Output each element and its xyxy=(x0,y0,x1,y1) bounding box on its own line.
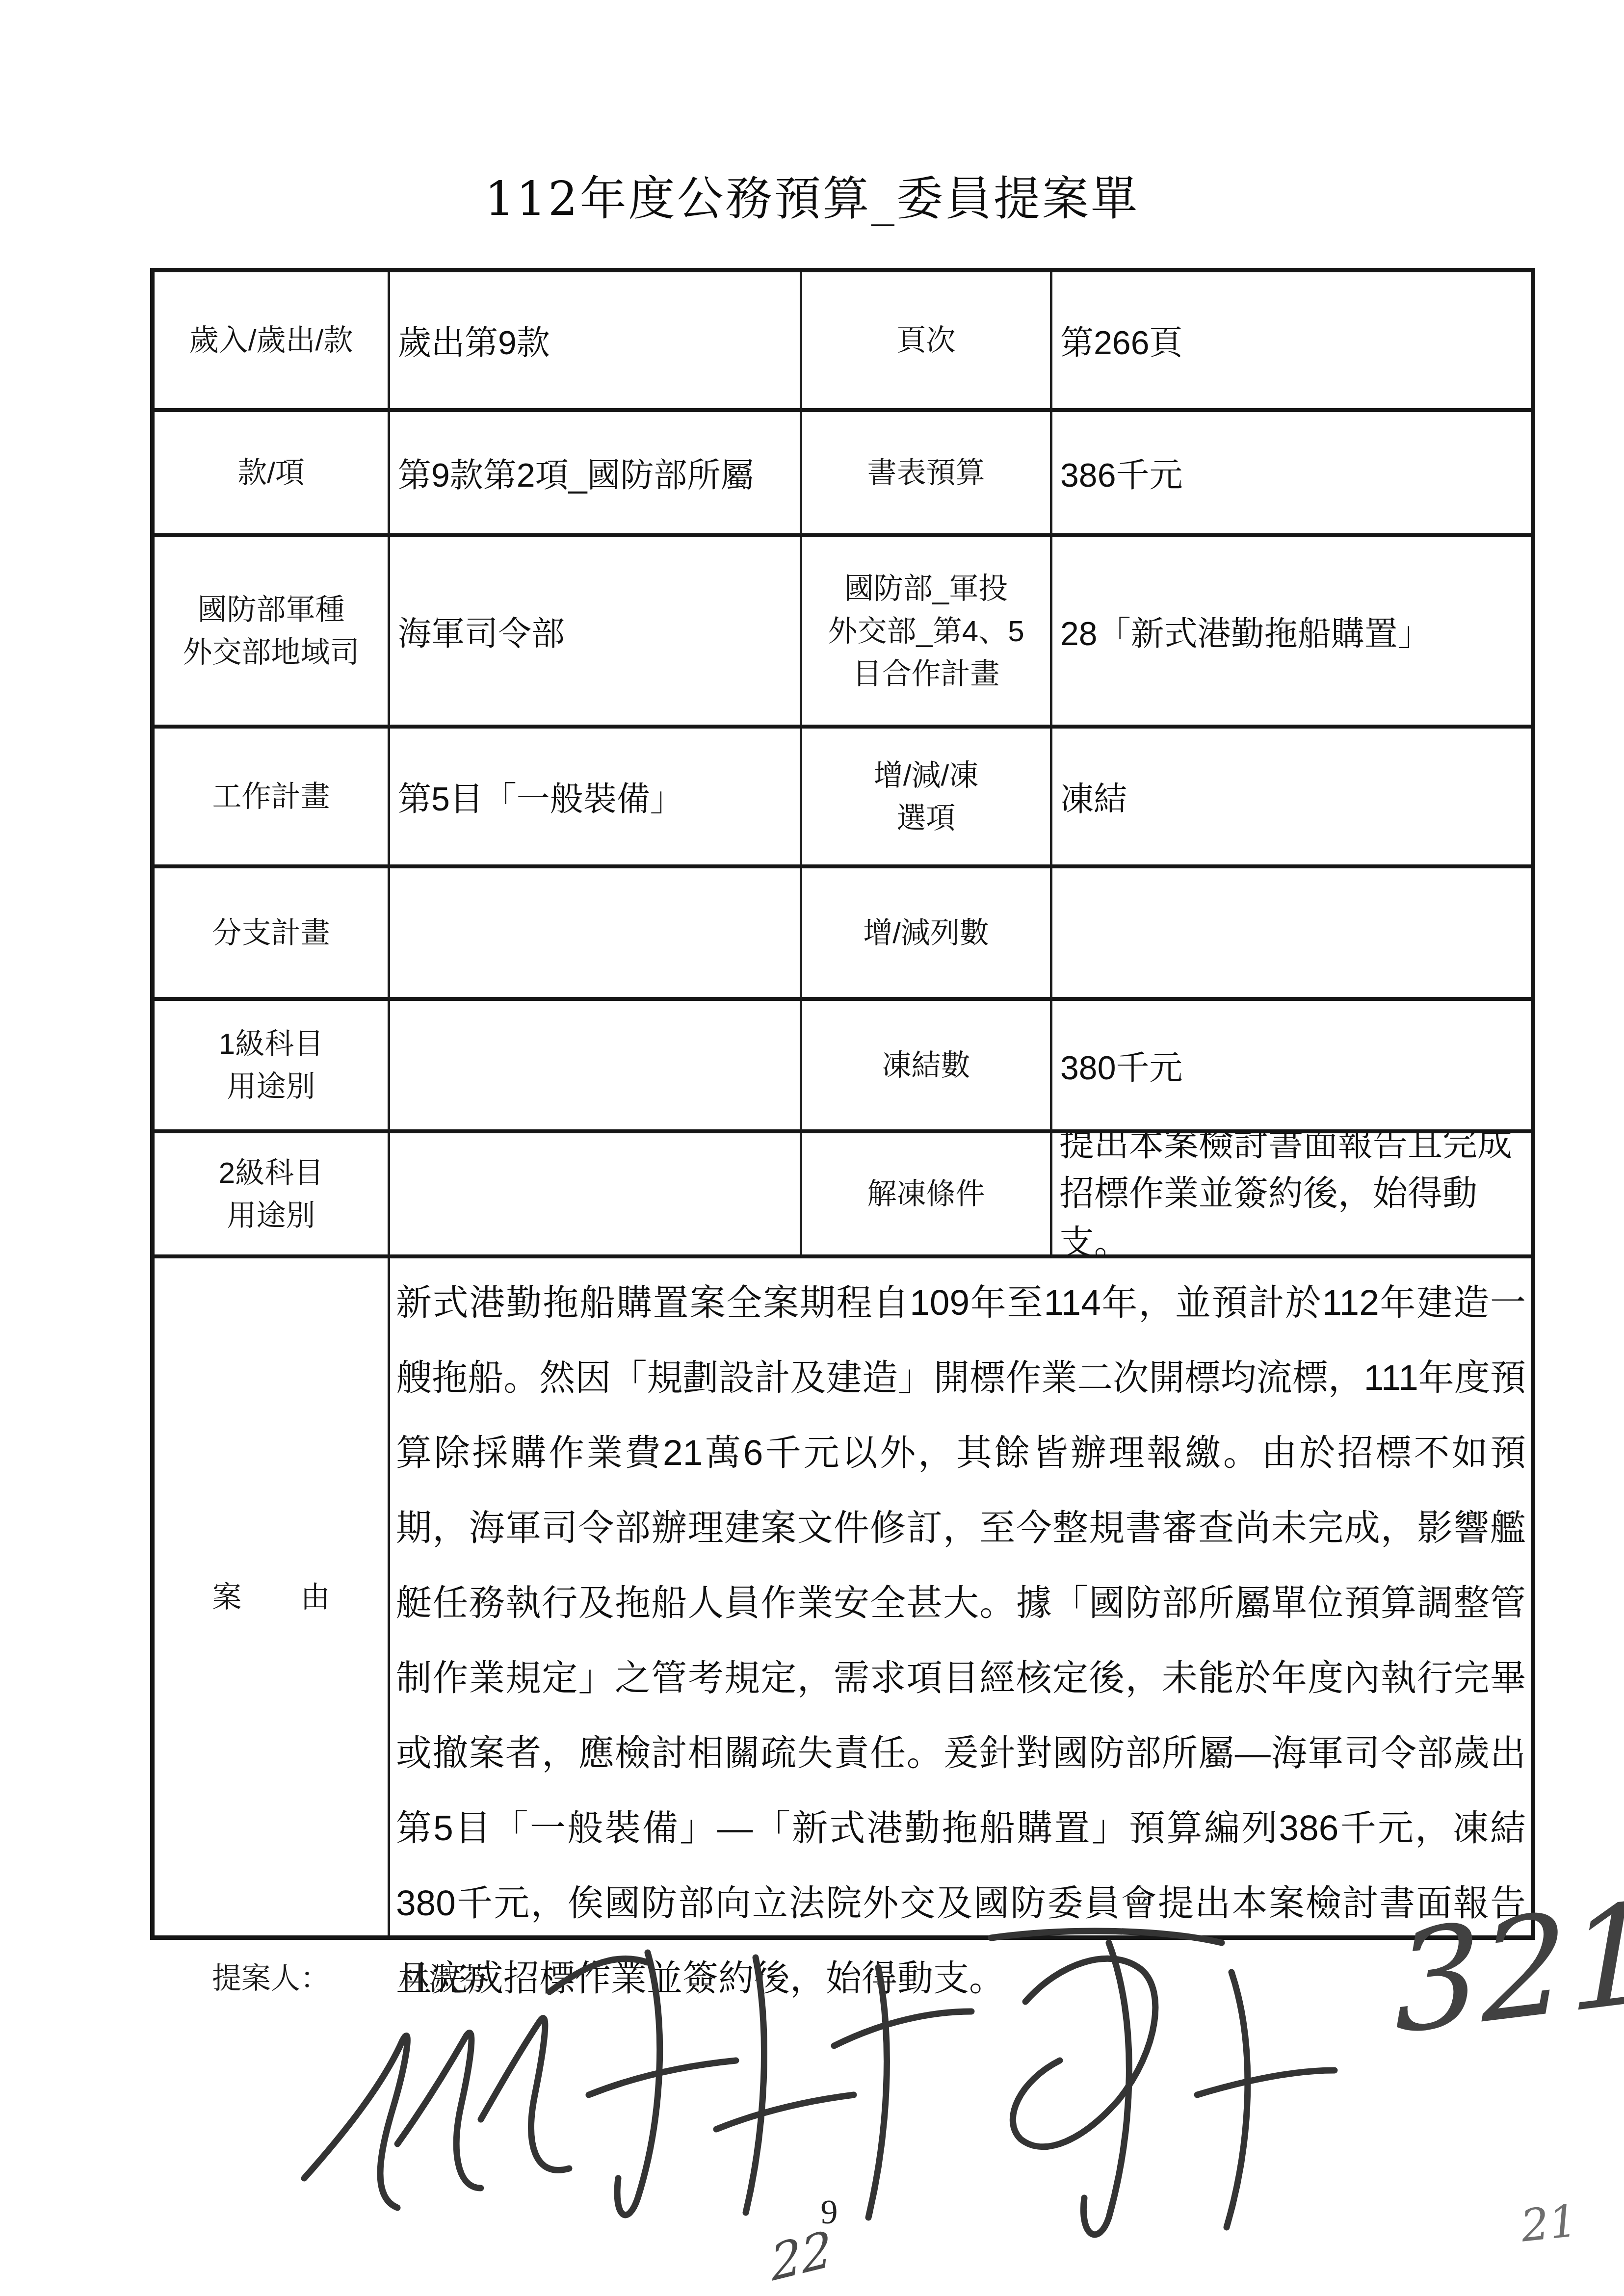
value-branch-plan xyxy=(390,868,802,1001)
label-frozen-amount: 凍結數 xyxy=(802,1001,1052,1133)
label-unfreeze-condition: 解凍條件 xyxy=(802,1133,1052,1258)
label-item: 款/項 xyxy=(155,412,390,537)
value-row-count xyxy=(1052,868,1531,1001)
label-page-ref: 頁次 xyxy=(802,272,1052,412)
label-work-plan: 工作計畫 xyxy=(155,729,390,868)
document-page: 112年度公務預算_委員提案單 歲入/歲出/款 歲出第9款 頁次 第266頁 款… xyxy=(0,0,1624,2296)
value-frozen-amount: 380千元 xyxy=(1052,1001,1531,1133)
value-budget-section: 歲出第9款 xyxy=(390,272,802,412)
label-level1-subject: 1級科目 用途別 xyxy=(155,1001,390,1133)
label-level2-subject: 2級科目 用途別 xyxy=(155,1133,390,1258)
proposal-table: 歲入/歲出/款 歲出第9款 頁次 第266頁 款/項 第9款第2項_國防部所屬 … xyxy=(150,268,1535,1940)
page-title: 112年度公務預算_委員提案單 xyxy=(0,162,1624,229)
signature-scribble xyxy=(275,1923,1492,2267)
value-unfreeze-condition: 提出本案檢討書面報告且完成招標作業並簽約後，始得動支。 xyxy=(1052,1133,1531,1258)
label-option: 增/減/凍 選項 xyxy=(802,729,1052,868)
value-work-plan: 第5目「一般裝備」 xyxy=(390,729,802,868)
value-page-ref: 第266頁 xyxy=(1052,272,1531,412)
corner-pencil-note: 21 xyxy=(1519,2195,1580,2252)
case-description-text: 新式港勤拖船購置案全案期程自109年至114年，並預計於112年建造一艘拖船。然… xyxy=(390,1258,1531,1935)
value-item: 第9款第2項_國防部所屬 xyxy=(390,412,802,537)
label-book-budget: 書表預算 xyxy=(802,412,1052,537)
value-level1-subject xyxy=(390,1001,802,1133)
handwritten-number-321: 321 xyxy=(1393,1873,1624,2065)
value-book-budget: 386千元 xyxy=(1052,412,1531,537)
value-option: 凍結 xyxy=(1052,729,1531,868)
label-cooperation-plan: 國防部_軍投 外交部_第4、5 目合作計畫 xyxy=(802,537,1052,729)
value-cooperation-plan: 28「新式港勤拖船購置」 xyxy=(1052,537,1531,729)
label-case-subject: 案 由 xyxy=(155,1258,390,1935)
label-branch-plan: 分支計畫 xyxy=(155,868,390,1001)
value-military-branch: 海軍司令部 xyxy=(390,537,802,729)
label-budget-section: 歲入/歲出/款 xyxy=(155,272,390,412)
value-level2-subject xyxy=(390,1133,802,1258)
label-row-count: 增/減列數 xyxy=(802,868,1052,1001)
label-military-branch: 國防部軍種 外交部地域司 xyxy=(155,537,390,729)
